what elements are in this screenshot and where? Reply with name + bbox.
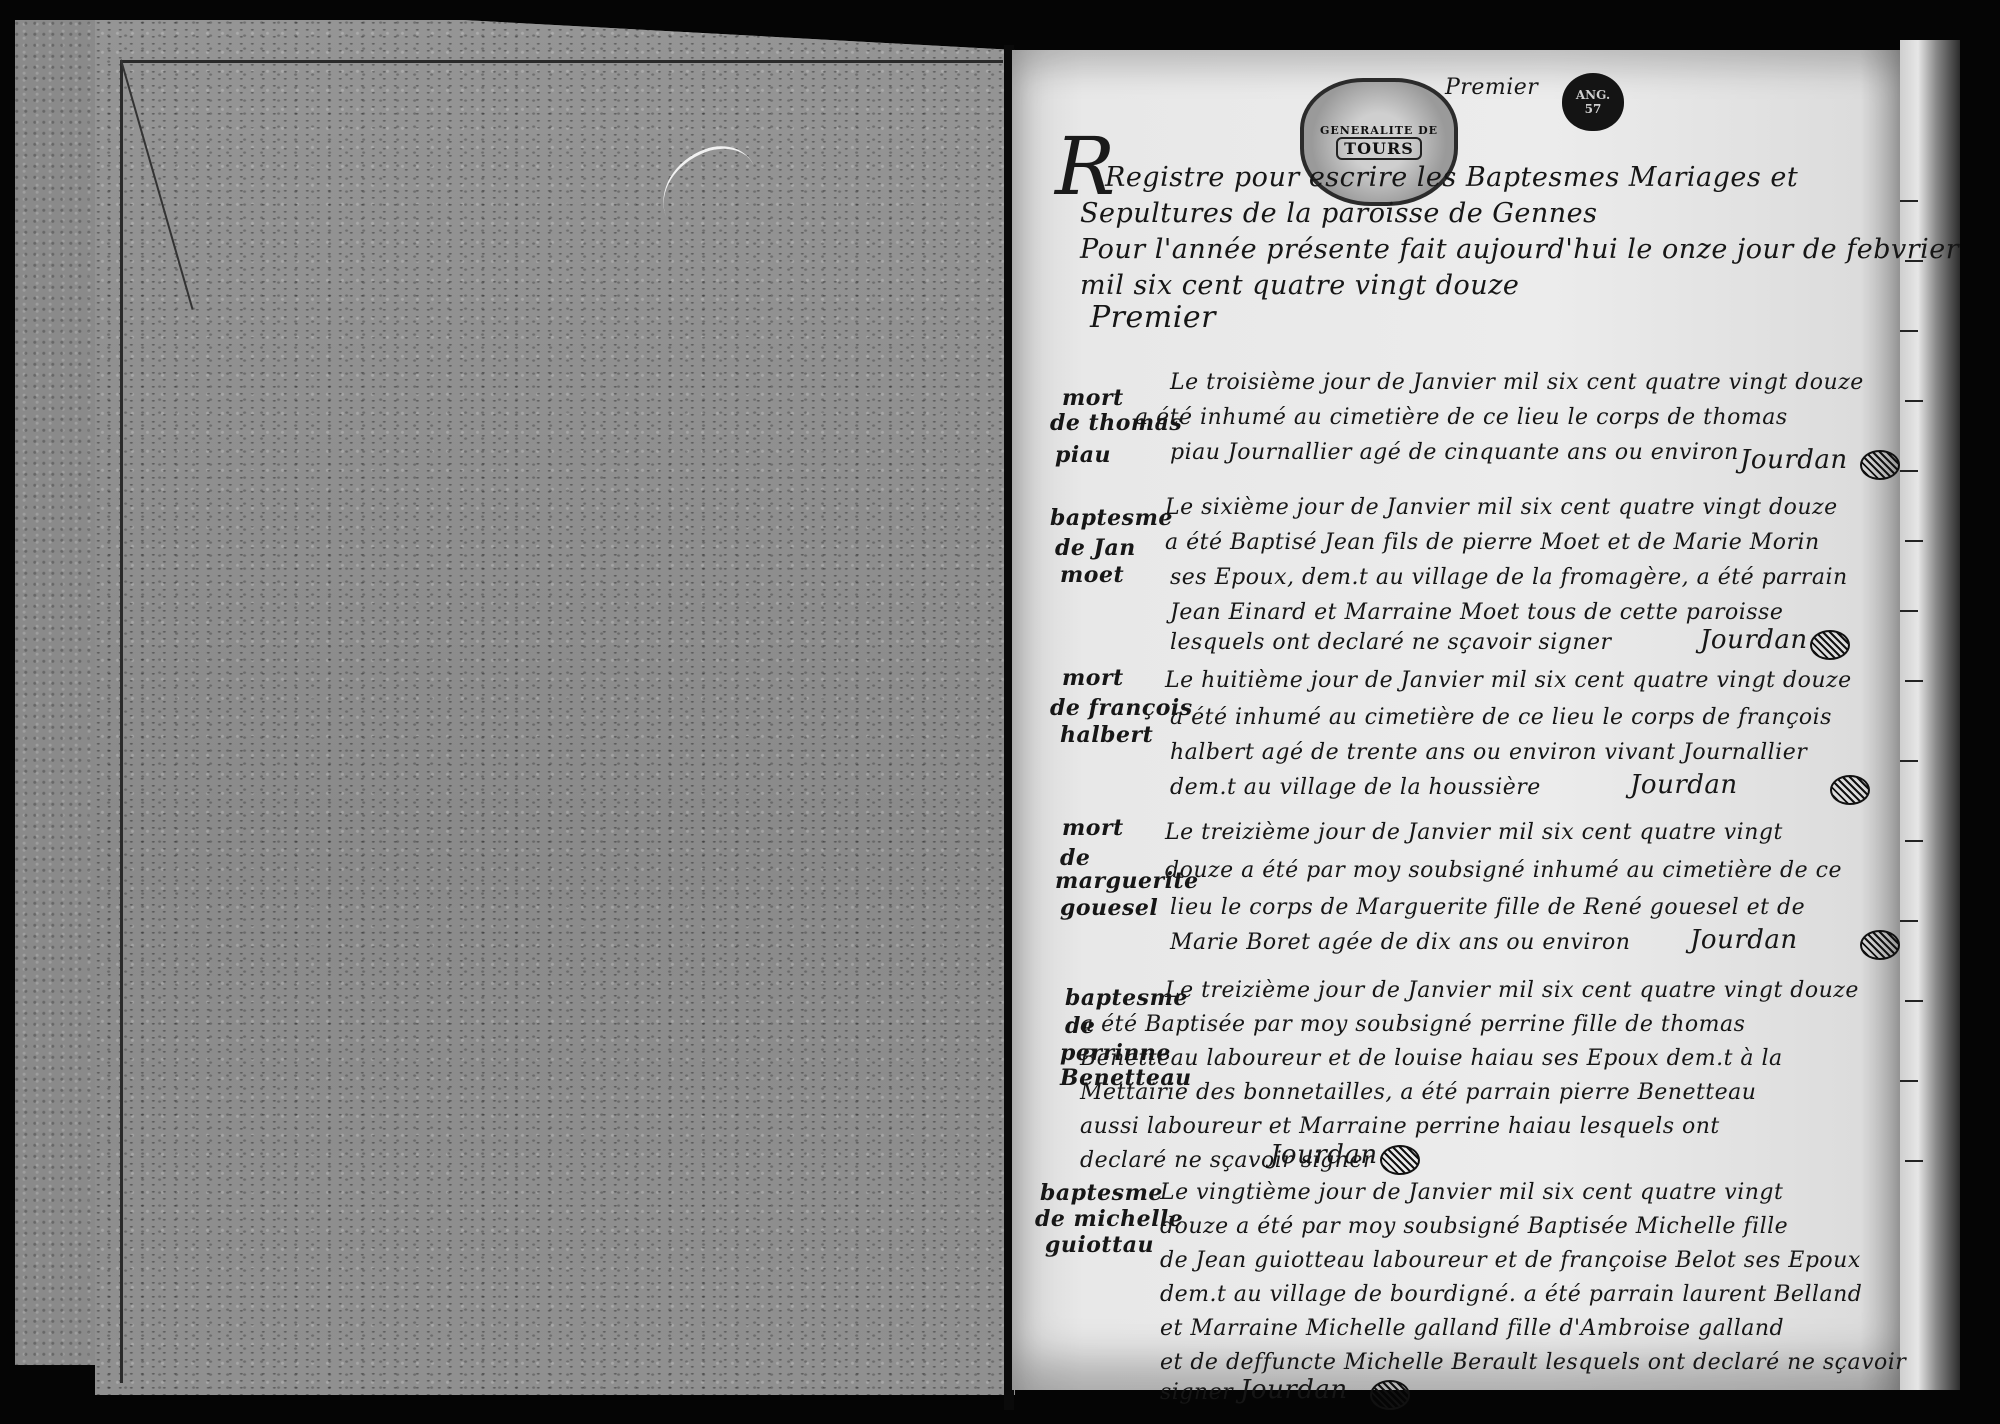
signature-paraph [1860, 450, 1900, 480]
folio-number-stamp: ANG. 57 [1562, 73, 1624, 131]
margin-note: moet [1060, 562, 1124, 588]
edge-tick [1900, 330, 1918, 332]
entry-line: douze a été par moy soubsigné Baptisée M… [1160, 1214, 1788, 1239]
entry-line: dem.t au village de bourdigné. a été par… [1160, 1282, 1862, 1307]
edge-tick [1900, 760, 1918, 762]
entry-line: a été inhumé au cimetière de ce lieu le … [1135, 405, 1788, 430]
entry-line: de Jean guiotteau laboureur et de franço… [1160, 1248, 1861, 1273]
entry-line: Le vingtième jour de Janvier mil six cen… [1160, 1180, 1783, 1205]
edge-tick [1900, 1080, 1918, 1082]
signature-paraph [1370, 1380, 1410, 1410]
entry-line: a été Baptisée par moy soubsigné perrine… [1080, 1012, 1745, 1037]
board-frame-line [120, 60, 1003, 1383]
priest-signature: Jourdan [1270, 1140, 1378, 1170]
entry-line: et Marraine Michelle galland fille d'Amb… [1160, 1316, 1784, 1341]
title-line: Registre pour escrire les Baptesmes Mari… [1105, 162, 1798, 193]
entry-line: aussi laboureur et Marraine perrine haia… [1080, 1114, 1720, 1139]
entry-line: dem.t au village de la houssière [1170, 775, 1541, 800]
title-line: mil six cent quatre vingt douze [1080, 270, 1519, 301]
priest-signature: Jourdan [1740, 445, 1848, 475]
entry-line: Le treizième jour de Janvier mil six cen… [1165, 978, 1859, 1003]
edge-tick [1905, 1000, 1923, 1002]
edge-tick [1905, 680, 1923, 682]
stamp-line: GENERALITE DE [1320, 124, 1438, 137]
edge-tick [1900, 470, 1918, 472]
edge-tick [1905, 400, 1923, 402]
stamp-line: 57 [1585, 102, 1602, 116]
entry-line: lesquels ont declaré ne sçavoir signer [1170, 630, 1612, 655]
signature-paraph [1380, 1145, 1420, 1175]
entry-line: Marie Boret agée de dix ans ou environ [1170, 930, 1630, 955]
signature-paraph [1830, 775, 1870, 805]
stamp-line: ANG. [1576, 88, 1610, 102]
margin-note: mort [1062, 815, 1124, 841]
title-signature: Premier [1090, 300, 1216, 335]
edge-tick [1900, 920, 1918, 922]
entry-line: signer [1160, 1380, 1233, 1405]
margin-note: mort [1062, 665, 1124, 691]
margin-note: gouesel [1060, 895, 1158, 921]
priest-signature: Jourdan [1700, 625, 1808, 655]
margin-note: baptesme [1040, 1180, 1163, 1206]
entry-line: lieu le corps de Marguerite fille de Ren… [1170, 895, 1805, 920]
edge-tick [1905, 1160, 1923, 1162]
margin-note: guiottau [1045, 1232, 1154, 1258]
entry-line: piau Journallier agé de cinquante ans ou… [1170, 440, 1739, 465]
edge-tick [1905, 540, 1923, 542]
priest-signature: Jourdan [1690, 925, 1798, 955]
title-line: Pour l'année présente fait aujourd'hui l… [1080, 234, 1959, 265]
entry-line: Le treizième jour de Janvier mil six cen… [1165, 820, 1783, 845]
margin-note: halbert [1060, 722, 1153, 748]
entry-line: Le sixième jour de Janvier mil six cent … [1165, 495, 1838, 520]
edge-tick [1900, 610, 1918, 612]
entry-line: Jean Einard et Marraine Moet tous de cet… [1170, 600, 1783, 625]
entry-line: Le huitième jour de Janvier mil six cent… [1165, 668, 1852, 693]
entry-line: Mettairie des bonnetailles, a été parrai… [1080, 1080, 1756, 1105]
priest-signature: Jourdan [1240, 1375, 1348, 1405]
entry-line: Le troisième jour de Janvier mil six cen… [1170, 370, 1864, 395]
entry-line: a été inhumé au cimetière de ce lieu le … [1170, 705, 1832, 730]
stamp-line: TOURS [1336, 137, 1422, 160]
margin-note: de Jan [1055, 535, 1136, 561]
edge-tick [1900, 200, 1918, 202]
entry-line: ses Epoux, dem.t au village de la fromag… [1170, 565, 1848, 590]
entry-line: Benetteau laboureur et de louise haiau s… [1080, 1046, 1783, 1071]
entry-line: a été Baptisé Jean fils de pierre Moet e… [1165, 530, 1820, 555]
signature-paraph [1860, 930, 1900, 960]
folio-heading: Premier [1445, 75, 1538, 100]
entry-line: douze a été par moy soubsigné inhumé au … [1165, 858, 1842, 883]
entry-line: et de deffuncte Michelle Berault lesquel… [1160, 1350, 1906, 1375]
margin-note: mort [1062, 385, 1124, 411]
title-line: Sepultures de la paroisse de Gennes [1080, 198, 1597, 229]
edge-tick [1905, 840, 1923, 842]
margin-note: piau [1055, 442, 1111, 468]
priest-signature: Jourdan [1630, 770, 1738, 800]
margin-note: baptesme [1050, 505, 1173, 531]
signature-paraph [1810, 630, 1850, 660]
entry-line: halbert agé de trente ans ou environ viv… [1170, 740, 1807, 765]
